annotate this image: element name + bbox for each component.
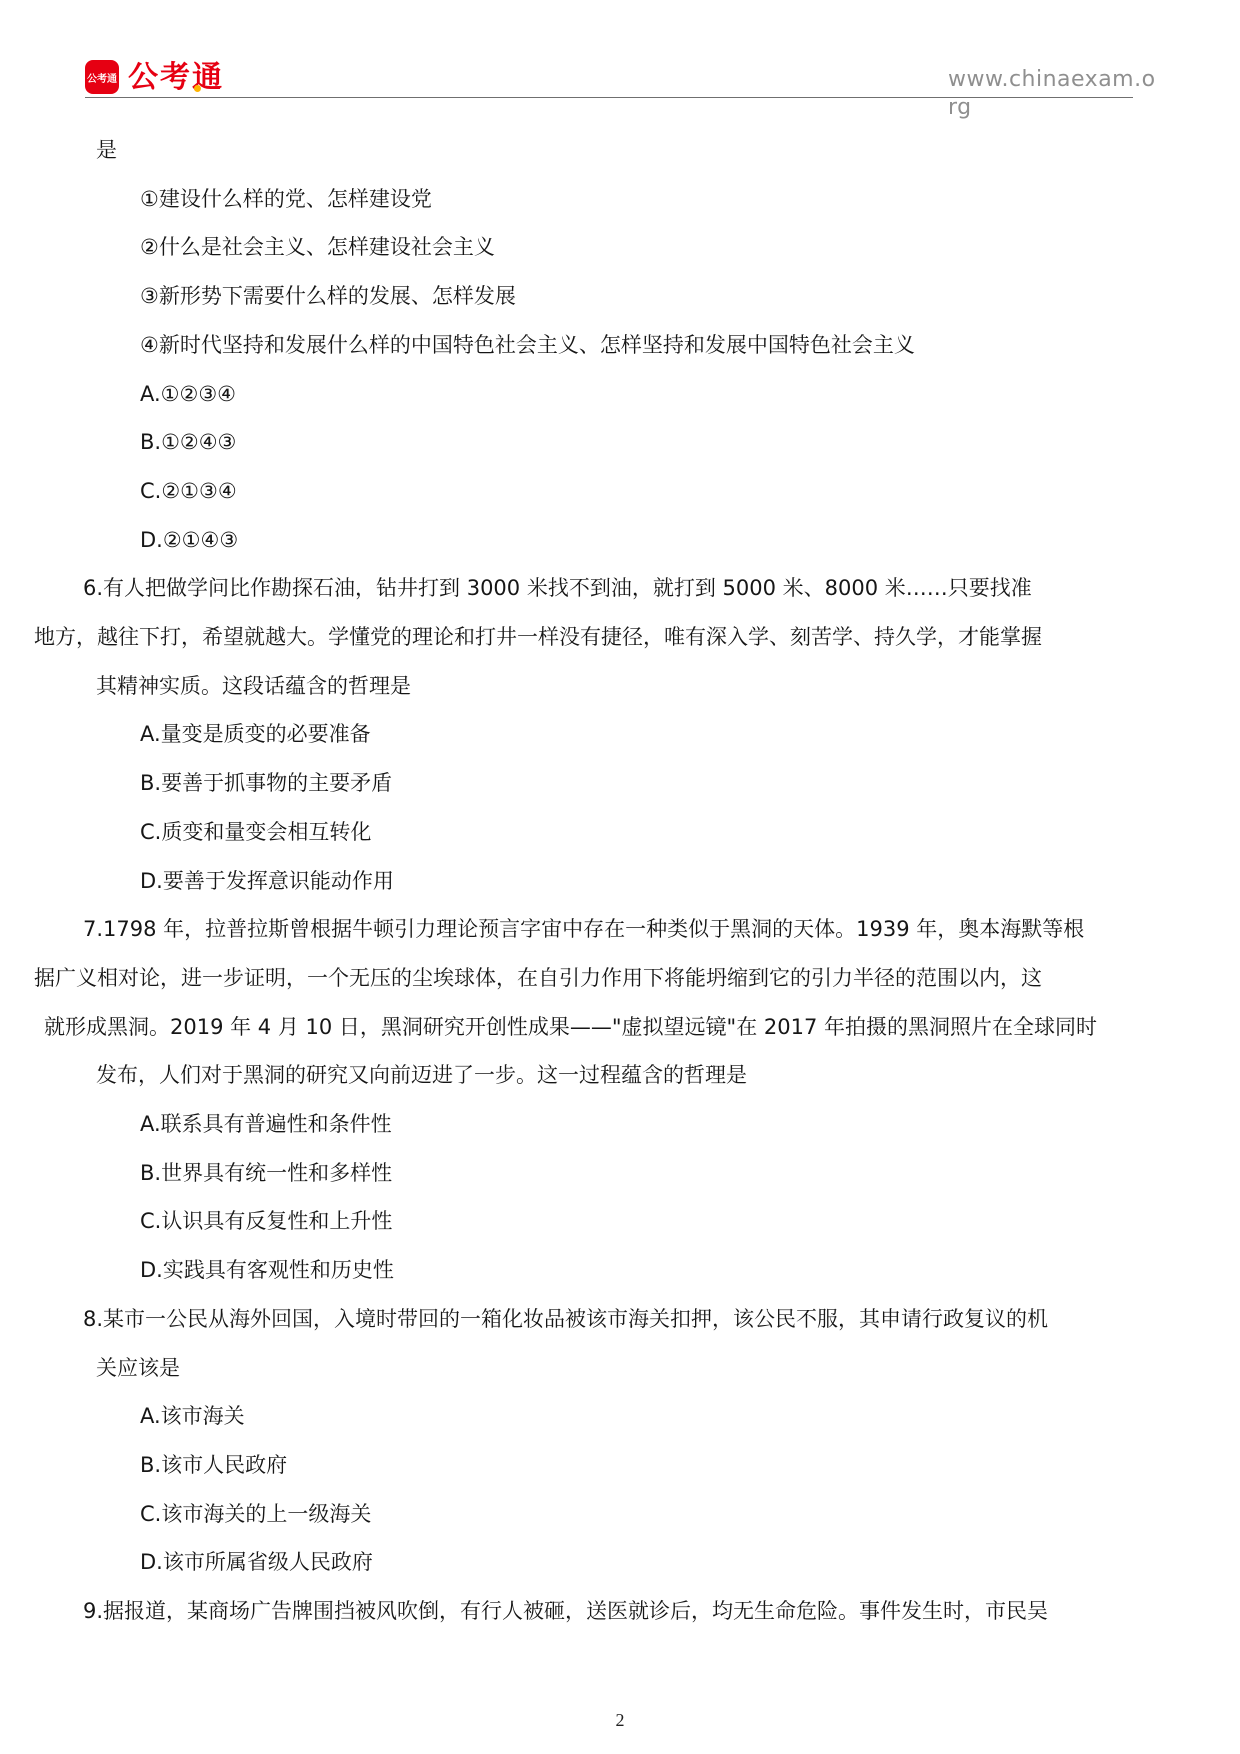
logo-text: 公考通: [128, 61, 224, 95]
text-line: 其精神实质。这段话蕴含的哲理是: [96, 673, 411, 699]
option-line: D.②①④③: [140, 527, 238, 553]
text-line: 是: [96, 137, 117, 163]
option-line: D.要善于发挥意识能动作用: [140, 868, 394, 894]
logo-accent-dot-icon: [194, 85, 201, 92]
question-line: 9.据报道，某商场广告牌围挡被风吹倒，有行人被砸，送医就诊后，均无生命危险。事件…: [83, 1598, 1048, 1624]
list-item-line: ①建设什么样的党、怎样建设党: [140, 186, 432, 212]
option-line: B.要善于抓事物的主要矛盾: [140, 770, 392, 796]
question-line: 7.1798 年，拉普拉斯曾根据牛顿引力理论预言字宙中存在一种类似于黑洞的天体。…: [83, 916, 1084, 942]
question-line: 6.有人把做学问比作勘探石油，钻井打到 3000 米找不到油，就打到 5000 …: [83, 575, 1032, 601]
question-line: 8.某市一公民从海外回国，入境时带回的一箱化妆品被该市海关扣押，该公民不服，其申…: [83, 1306, 1048, 1332]
list-item-line: ④新时代坚持和发展什么样的中国特色社会主义、怎样坚持和发展中国特色社会主义: [140, 332, 915, 358]
option-line: C.该市海关的上一级海关: [140, 1501, 371, 1527]
text-line: 地方，越往下打，希望就越大。学懂党的理论和打井一样没有捷径，唯有深入学、刻苦学、…: [34, 624, 1042, 650]
option-line: B.①②④③: [140, 429, 236, 455]
option-line: D.该市所属省级人民政府: [140, 1549, 373, 1575]
option-line: C.质变和量变会相互转化: [140, 819, 371, 845]
website-url: www.chinaexam.org: [948, 66, 1161, 122]
text-line: 关应该是: [96, 1355, 180, 1381]
exam-paper-page: { "header": { "logo_badge_text": "公考通", …: [0, 0, 1240, 1754]
option-line: A.量变是质变的必要准备: [140, 721, 371, 747]
list-item-line: ③新形势下需要什么样的发展、怎样发展: [140, 283, 516, 309]
option-line: A.联系具有普遍性和条件性: [140, 1111, 392, 1137]
option-line: A.该市海关: [140, 1403, 245, 1429]
page-number: 2: [0, 1710, 1240, 1731]
text-line: 发布，人们对于黑洞的研究又向前迈进了一步。这一过程蕴含的哲理是: [96, 1062, 747, 1088]
option-line: D.实践具有客观性和历史性: [140, 1257, 394, 1283]
option-line: B.该市人民政府: [140, 1452, 287, 1478]
logo-badge-text: 公考通: [87, 70, 117, 85]
option-line: C.认识具有反复性和上升性: [140, 1208, 392, 1234]
list-item-line: ②什么是社会主义、怎样建设社会主义: [140, 234, 495, 260]
logo-badge-icon: 公考通: [85, 60, 119, 94]
text-line: 据广义相对论，进一步证明，一个无压的尘埃球体，在自引力作用下将能坍缩到它的引力半…: [34, 965, 1042, 991]
option-line: C.②①③④: [140, 478, 237, 504]
text-line: 就形成黑洞。2019 年 4 月 10 日，黑洞研究开创性成果——"虚拟望远镜"…: [44, 1014, 1097, 1040]
option-line: B.世界具有统一性和多样性: [140, 1160, 392, 1186]
option-line: A.①②③④: [140, 381, 236, 407]
